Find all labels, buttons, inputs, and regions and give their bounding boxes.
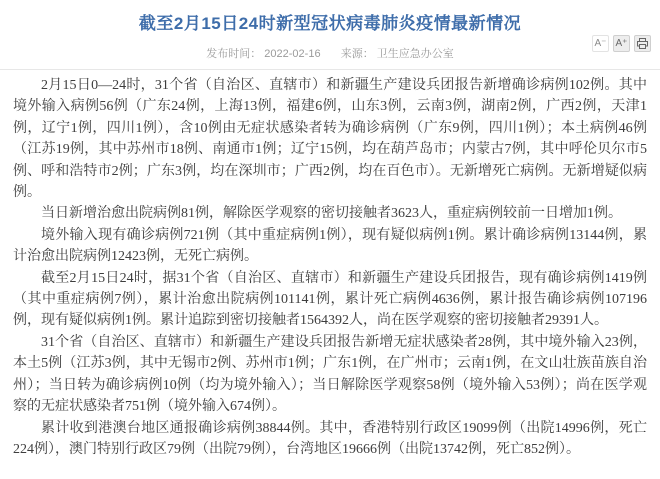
font-decrease-icon: A⁻ [595,36,607,51]
source-label: 来源： [341,48,374,60]
source-value: 卫生应急办公室 [377,48,454,60]
article-content: 2月15日0—24时，31个省（自治区、直辖市）和新疆生产建设兵团报告新增确诊病… [0,70,660,460]
toolbar: A⁻ A⁺ [592,35,651,52]
paragraph-new-recovered: 当日新增治愈出院病例81例，解除医学观察的密切接触者3623人，重症病例较前一日… [13,203,647,224]
paragraph-cumulative-totals: 截至2月15日24时，据31个省（自治区、直辖市）和新疆生产建设兵团报告，现有确… [13,268,647,332]
publish-time-label: 发布时间： [206,48,261,60]
paragraph-new-confirmed-cases: 2月15日0—24时，31个省（自治区、直辖市）和新疆生产建设兵团报告新增确诊病… [13,75,647,203]
font-decrease-button[interactable]: A⁻ [592,35,609,52]
font-increase-button[interactable]: A⁺ [613,35,630,52]
print-icon [637,38,648,49]
meta-line: 发布时间： 2022-02-16 来源： 卫生应急办公室 [0,45,660,61]
paragraph-hk-macau-taiwan: 累计收到港澳台地区通报确诊病例38844例。其中，香港特别行政区19099例（出… [13,418,647,461]
paragraph-imported-cases: 境外输入现有确诊病例721例（其中重症病例1例），现有疑似病例1例。累计确诊病例… [13,225,647,268]
publish-time-value: 2022-02-16 [264,48,320,60]
page-title: 截至2月15日24时新型冠状病毒肺炎疫情最新情况 [0,9,660,34]
article-page: 截至2月15日24时新型冠状病毒肺炎疫情最新情况 发布时间： 2022-02-1… [0,0,660,479]
font-increase-icon: A⁺ [616,36,628,51]
print-button[interactable] [634,35,651,52]
paragraph-asymptomatic-cases: 31个省（自治区、直辖市）和新疆生产建设兵团报告新增无症状感染者28例，其中境外… [13,332,647,418]
